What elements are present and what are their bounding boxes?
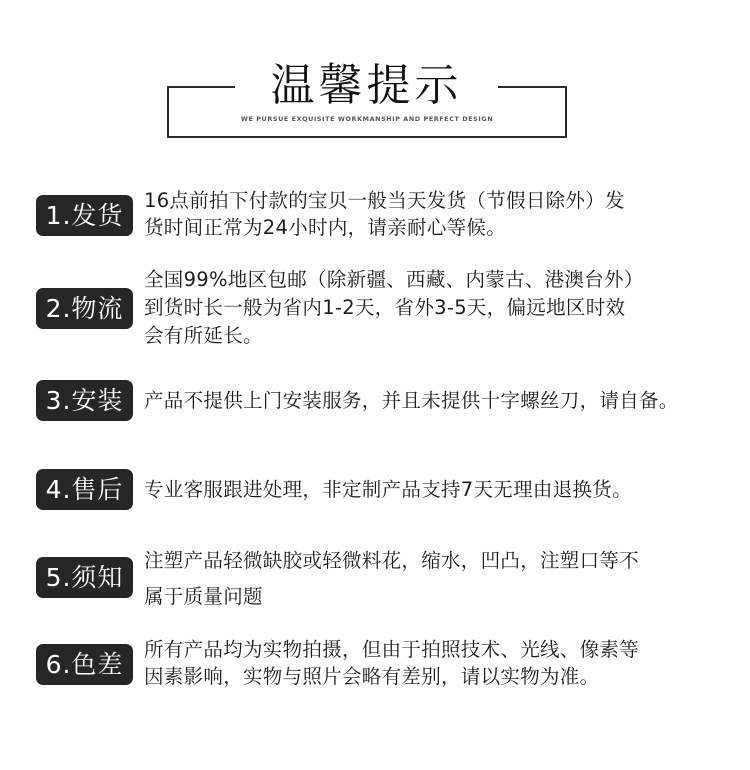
page-subtitle: WE PURSUE EXQUISITE WORKMANSHIP AND PERF… [167,115,567,123]
notice-text: 专业客服跟进处理，非定制产品支持7天无理由退换货。 [144,476,730,503]
notice-text: 全国99%地区包邮（除新疆、西藏、内蒙古、港澳台外） 到货时长一般为省内1-2天… [144,266,730,350]
notice-text: 所有产品均为实物拍摄，但由于拍照技术、光线、像素等 因素影响，实物与照片会略有差… [144,636,730,690]
notice-text: 产品不提供上门安装服务，并且未提供十字螺丝刀，请自备。 [144,387,730,414]
badge-installation: 3.安装 [36,380,133,421]
text-line: 16点前拍下付款的宝贝一般当天发货（节假日除外）发 [144,187,730,214]
text-line: 所有产品均为实物拍摄，但由于拍照技术、光线、像素等 [144,636,730,663]
badge-after-sales: 4.售后 [36,469,133,510]
frame-top-right-line [498,86,567,88]
text-line: 属于质量问题 [144,579,730,615]
page-title: 温馨提示 [235,58,498,114]
badge-notice: 5.须知 [36,557,133,598]
notice-text: 16点前拍下付款的宝贝一般当天发货（节假日除外）发 货时间正常为24小时内，请亲… [144,187,730,241]
text-line: 产品不提供上门安装服务，并且未提供十字螺丝刀，请自备。 [144,387,730,414]
badge-logistics: 2.物流 [36,288,133,329]
text-line: 货时间正常为24小时内，请亲耐心等候。 [144,214,730,241]
text-line: 到货时长一般为省内1-2天，省外3-5天，偏远地区时效 [144,294,730,322]
frame-top-left-line [167,86,235,88]
badge-color-difference: 6.色差 [36,644,133,685]
text-line: 注塑产品轻微缺胶或轻微料花，缩水，凹凸，注塑口等不 [144,543,730,579]
text-line: 专业客服跟进处理，非定制产品支持7天无理由退换货。 [144,476,730,503]
text-line: 会有所延长。 [144,322,730,350]
notice-text: 注塑产品轻微缺胶或轻微料花，缩水，凹凸，注塑口等不 属于质量问题 [144,543,730,615]
text-line: 全国99%地区包邮（除新疆、西藏、内蒙古、港澳台外） [144,266,730,294]
badge-shipping: 1.发货 [36,195,133,236]
text-line: 因素影响，实物与照片会略有差别，请以实物为准。 [144,663,730,690]
